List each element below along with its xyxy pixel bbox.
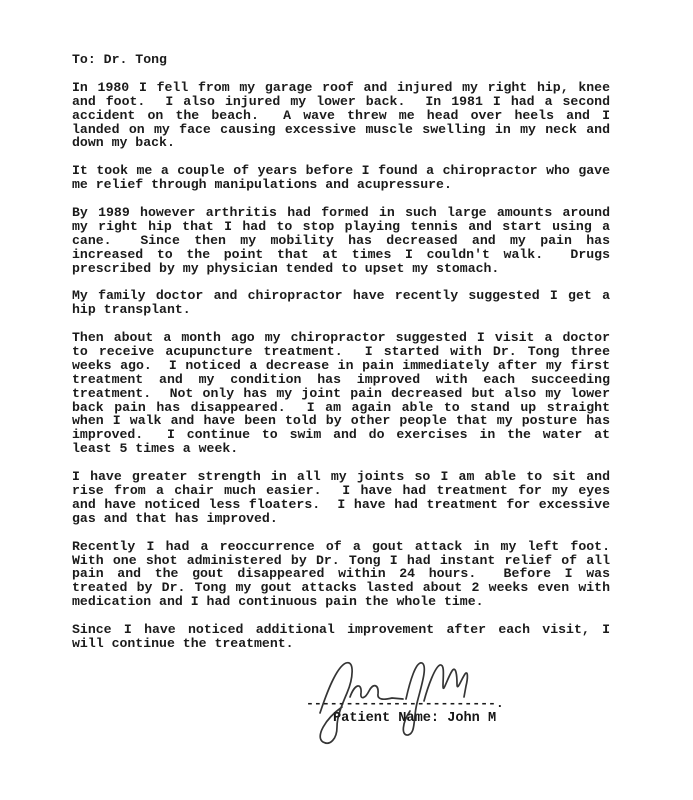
letter-line: weeks ago. I noticed a decrease in pain … bbox=[72, 359, 610, 373]
letter-paragraphs: In 1980 I fell from my garage roof and i… bbox=[72, 81, 610, 651]
letter-line: least 5 times a week. bbox=[72, 442, 610, 456]
letter-line: Since I have noticed additional improvem… bbox=[72, 623, 610, 637]
letter-line: will continue the treatment. bbox=[72, 637, 610, 651]
letter-line: treatment. Not only has my joint pain de… bbox=[72, 387, 610, 401]
letter-paragraph: In 1980 I fell from my garage roof and i… bbox=[72, 81, 610, 151]
letter-line: increased to the point that at times I c… bbox=[72, 248, 610, 262]
letter-line: With one shot administered by Dr. Tong I… bbox=[72, 554, 610, 568]
letter-line: My family doctor and chiropractor have r… bbox=[72, 289, 610, 303]
letter-paragraph: Recently I had a reoccurrence of a gout … bbox=[72, 540, 610, 610]
letter-line: prescribed by my physician tended to ups… bbox=[72, 262, 610, 276]
letter-line: In 1980 I fell from my garage roof and i… bbox=[72, 81, 610, 95]
letter-line: my right hip that I had to stop playing … bbox=[72, 220, 610, 234]
letter-line: I have greater strength in all my joints… bbox=[72, 470, 610, 484]
letter-body: To: Dr. Tong In 1980 I fell from my gara… bbox=[72, 53, 610, 665]
letter-line: pain and the gout disappeared within 24 … bbox=[72, 567, 610, 581]
letter-line: It took me a couple of years before I fo… bbox=[72, 164, 610, 178]
signature-line: ------------------------. bbox=[306, 697, 504, 711]
letter-line: and foot. I also injured my lower back. … bbox=[72, 95, 610, 109]
letter-line: gas and that has improved. bbox=[72, 512, 610, 526]
letter-line: to receive acupuncture treatment. I star… bbox=[72, 345, 610, 359]
letter-paragraph: My family doctor and chiropractor have r… bbox=[72, 289, 610, 317]
letter-page: To: Dr. Tong In 1980 I fell from my gara… bbox=[0, 0, 693, 800]
letter-line: treatment and my condition has improved … bbox=[72, 373, 610, 387]
letter-line: landed on my face causing excessive musc… bbox=[72, 123, 610, 137]
letter-paragraph: It took me a couple of years before I fo… bbox=[72, 164, 610, 192]
letter-line: medication and I had continuous pain the… bbox=[72, 595, 610, 609]
letter-line: treated by Dr. Tong my gout attacks last… bbox=[72, 581, 610, 595]
letter-paragraph: Then about a month ago my chiropractor s… bbox=[72, 331, 610, 456]
letter-line: By 1989 however arthritis had formed in … bbox=[72, 206, 610, 220]
letter-paragraph: By 1989 however arthritis had formed in … bbox=[72, 206, 610, 276]
letter-line: back pain has disappeared. I am again ab… bbox=[72, 401, 610, 415]
letter-line: and have noticed less floaters. I have h… bbox=[72, 498, 610, 512]
letter-line: hip transplant. bbox=[72, 303, 610, 317]
letter-paragraph: I have greater strength in all my joints… bbox=[72, 470, 610, 526]
letter-line: when I walk and have been told by other … bbox=[72, 414, 610, 428]
letter-line: Recently I had a reoccurrence of a gout … bbox=[72, 540, 610, 554]
letter-paragraph: Since I have noticed additional improvem… bbox=[72, 623, 610, 651]
salutation-line: To: Dr. Tong bbox=[72, 53, 610, 67]
letter-line: Then about a month ago my chiropractor s… bbox=[72, 331, 610, 345]
letter-line: cane. Since then my mobility has decreas… bbox=[72, 234, 610, 248]
letter-line: accident on the beach. A wave threw me h… bbox=[72, 109, 610, 123]
letter-line: down my back. bbox=[72, 136, 610, 150]
letter-line: rise from a chair much easier. I have ha… bbox=[72, 484, 610, 498]
letter-line: me relief through manipulations and acup… bbox=[72, 178, 610, 192]
patient-name-label: Patient Name: John M bbox=[333, 711, 496, 726]
letter-line: improved. I continue to swim and do exer… bbox=[72, 428, 610, 442]
